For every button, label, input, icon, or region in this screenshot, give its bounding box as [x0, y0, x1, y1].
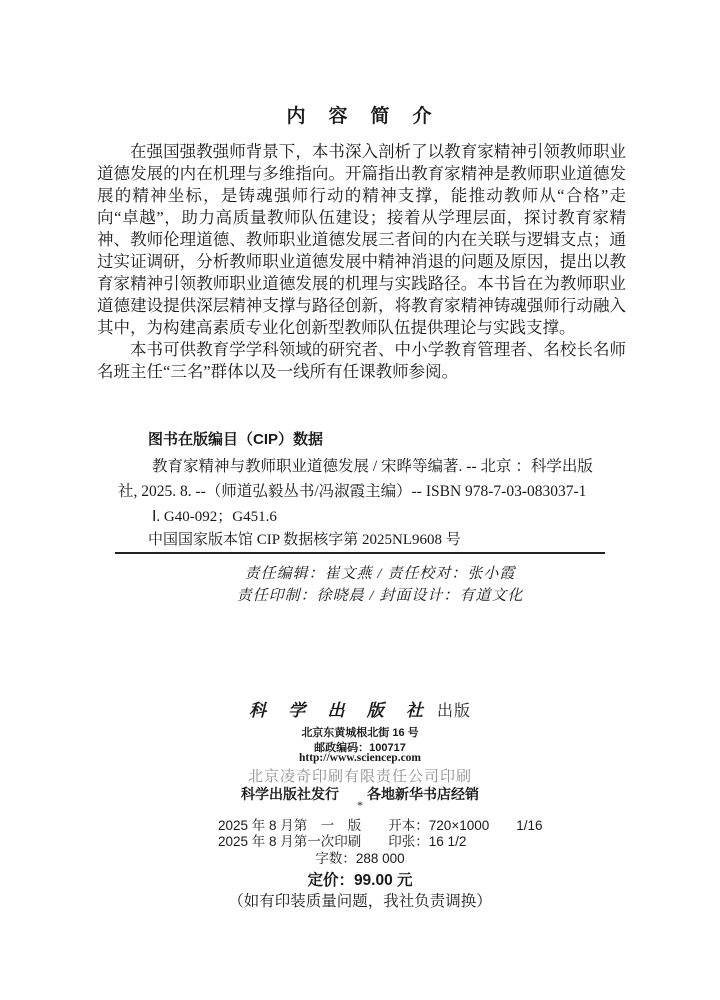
word-count-line: 字数：288 000	[0, 847, 720, 867]
intro-paragraph-2: 本书可供教育学学科领域的研究者、中小学教育管理者、名校长名师名班主任“三名”群体…	[97, 339, 626, 383]
publisher-logotype: 科 学 出 版 社	[249, 701, 432, 720]
publisher-line: 科 学 出 版 社 出版	[0, 696, 720, 721]
cip-isbn-line: 社, 2025. 8. --（师道弘毅丛书/冯淑霞主编）-- ISBN 978-…	[118, 479, 586, 501]
cip-classification-line: Ⅰ. G40-092；G451.6	[152, 505, 277, 526]
price-line: 定价：99.00 元	[0, 868, 720, 890]
printer-line: 北京凌奇印刷有限责任公司印刷	[0, 765, 720, 786]
publisher-suffix: 出版	[432, 703, 471, 720]
cip-heading: 图书在版编目（CIP）数据	[148, 428, 323, 449]
staff-editors-line: 责任编辑：崔文燕 / 责任校对：张小霞	[0, 562, 720, 583]
page-title: 内 容 简 介	[0, 101, 720, 128]
copyright-page: 内 容 简 介 在强国强教强师背景下，本书深入剖析了以教育家精神引领教师职业道德…	[0, 0, 720, 1000]
quality-notice: （如有印装质量问题，我社负责调换）	[0, 889, 720, 911]
publisher-url: http://www.sciencep.com	[0, 752, 720, 764]
cip-title-author-line: 教育家精神与教师职业道德发展 / 宋晔等编著. -- 北京 ：科学出版	[152, 454, 593, 476]
staff-printing-design-line: 责任印制：徐晓晨 / 封面设计：有道文化	[0, 584, 720, 605]
intro-paragraph-1: 在强国强教强师背景下，本书深入剖析了以教育家精神引领教师职业道德发展的内在机理与…	[97, 141, 626, 339]
publisher-address: 北京东黄城根北街 16 号	[0, 724, 720, 740]
horizontal-divider	[115, 552, 605, 554]
asterisk-separator: *	[0, 798, 720, 813]
cip-record-number-line: 中国国家版本馆 CIP 数据核字第 2025NL9608 号	[148, 528, 461, 549]
intro-section: 在强国强教强师背景下，本书深入剖析了以教育家精神引领教师职业道德发展的内在机理与…	[97, 141, 626, 383]
